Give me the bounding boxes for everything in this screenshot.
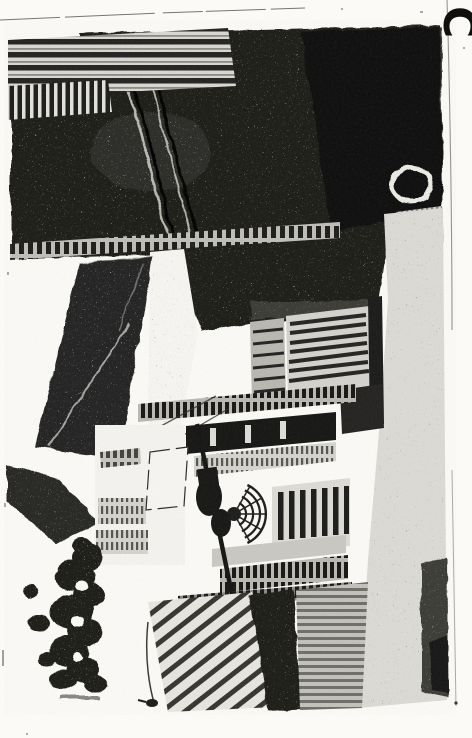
- margin-tick: [2, 650, 4, 666]
- photocopy-grain-overlay: [4, 20, 456, 715]
- scanned-page: C: [0, 0, 472, 738]
- photograph: [4, 20, 456, 715]
- crease-end-dot: [454, 701, 457, 704]
- photo-canvas: C: [0, 0, 472, 738]
- corner-mark-letter: C: [433, 6, 472, 38]
